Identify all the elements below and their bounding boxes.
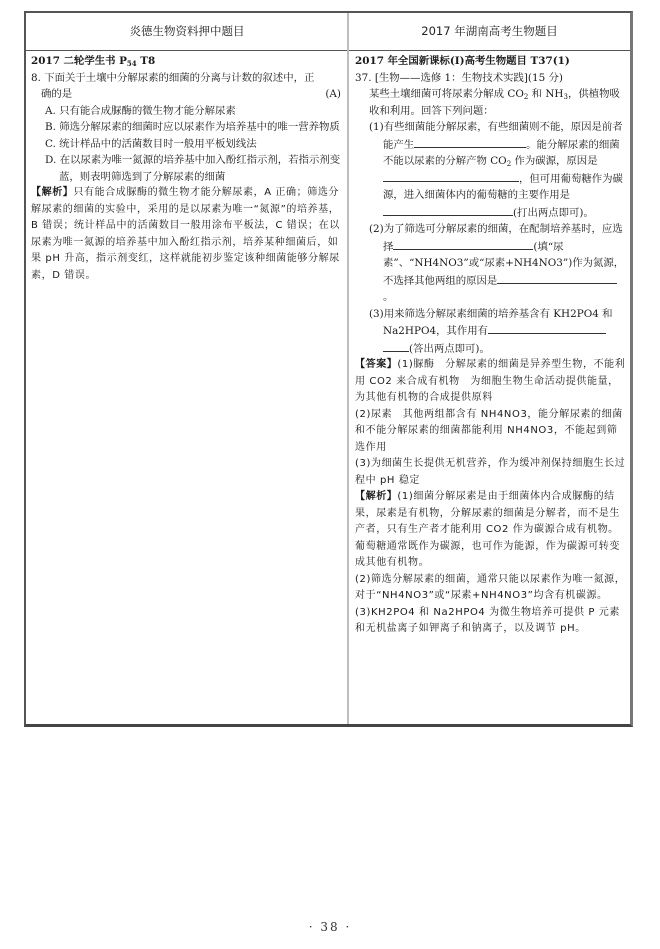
- left-source-tail: T8: [137, 55, 156, 67]
- answer-blank: [488, 322, 606, 334]
- table-header-row: 炎德生物资料押中题目 2017 年湖南高考生物题目: [26, 13, 630, 51]
- answer-tag: 【答案】: [355, 359, 397, 370]
- question-stem-line1: 8. 下面关于土壤中分解尿素的细菌的分离与计数的叙述中，正: [31, 70, 341, 87]
- answer-part-3: (3)为细菌生长提供无机营养，作为缓冲剂保持细胞生长过程中 pH 稳定: [355, 456, 627, 489]
- sub2-text-c: 。: [383, 291, 393, 303]
- option-c: C. 统计样品中的活菌数目时一般用平板划线法: [31, 136, 341, 153]
- question-stem-line2: 确的是 (A): [31, 86, 341, 103]
- sub1-text-e: (打出两点即可)。: [513, 207, 594, 219]
- analysis-text: 只有能合成脲酶的微生物才能分解尿素，A 正确；筛选分解尿素的细菌的实验中，采用的…: [31, 187, 340, 281]
- comparison-table: 炎德生物资料押中题目 2017 年湖南高考生物题目 2017 二轮学生书 P54…: [24, 11, 633, 727]
- option-a: A. 只有能合成脲酶的微生物才能分解尿素: [31, 103, 341, 120]
- analysis-part-2: (2)筛选分解尿素的细菌，通常只能以尿素作为唯一氮源，对于“NH4NO3”或“尿…: [355, 572, 627, 605]
- right-analysis: 【解析】(1)细菌分解尿素是由于细菌体内合成脲酶的结果，尿素是有机物，分解尿素的…: [355, 489, 627, 572]
- left-source-sub: 54: [127, 59, 137, 68]
- header-right-title: 2017 年湖南高考生物题目: [349, 13, 630, 50]
- left-source-main: 2017 二轮学生书 P: [31, 55, 127, 67]
- answer-blank: [393, 238, 533, 250]
- header-left-title: 炎德生物资料押中题目: [26, 13, 348, 50]
- answer-section: 【答案】(1)脲酶 分解尿素的细菌是异养型生物，不能利用 CO2 来合成有机物 …: [355, 357, 627, 407]
- answer-blank: [383, 170, 519, 182]
- intro-part-b: 和 NH: [528, 88, 563, 100]
- answer-blank: [383, 204, 513, 216]
- column-divider: [347, 13, 349, 724]
- analysis-part-1: (1)细菌分解尿素是由于细菌体内合成脲酶的结果，尿素是有机物，分解尿素的细菌是分…: [355, 491, 620, 568]
- answer-part-2: (2)尿素 其他两组都含有 NH4NO3，能分解尿素的细菌和不能分解尿素的细菌都…: [355, 407, 627, 457]
- subquestion-3: (3)用来筛选分解尿素细菌的培养基含有 KH2PO4 和 Na2HPO4，其作用…: [355, 306, 627, 358]
- answer-blank: [414, 136, 526, 148]
- analysis-tag: 【解析】: [355, 491, 397, 502]
- subquestion-2: (2)为了筛选可分解尿素的细菌，在配制培养基时，应选择(填“尿素”、“NH4NO…: [355, 221, 627, 306]
- subquestion-1: (1)有些细菌能分解尿素，有些细菌则不能，原因是前者能产生。能分解尿素的细菌不能…: [355, 119, 627, 221]
- option-d: D. 在以尿素为唯一氮源的培养基中加入酚红指示剂，若指示剂变蓝，则表明筛选到了分…: [31, 152, 341, 185]
- right-source: 2017 年全国新课标(Ⅰ)高考生物题目 T37(1): [355, 53, 627, 70]
- question-stem-text: 确的是: [41, 86, 72, 103]
- analysis-part-3: (3)KH2PO4 和 Na2HPO4 为微生物培养可提供 P 元素和无机盐离子…: [355, 605, 627, 638]
- left-source: 2017 二轮学生书 P54 T8: [31, 53, 341, 70]
- intro-part-a: 某些土壤细菌可将尿素分解成 CO: [369, 88, 524, 100]
- analysis-tag: 【解析】: [31, 187, 73, 198]
- page-number: · 38 ·: [0, 920, 660, 934]
- right-column: 2017 年全国新课标(Ⅰ)高考生物题目 T37(1) 37. [生物——选修 …: [355, 51, 627, 638]
- question-37-intro: 某些土壤细菌可将尿素分解成 CO2 和 NH3，供植物吸收和利用。回答下列问题：: [355, 86, 627, 119]
- left-analysis: 【解析】只有能合成脲酶的微生物才能分解尿素，A 正确；筛选分解尿素的细菌的实验中…: [31, 185, 341, 284]
- answer-mark: (A): [325, 86, 341, 103]
- question-37-head: 37. [生物——选修 1：生物技术实践](15 分): [355, 70, 627, 87]
- sub3-text-b: (答出两点即可)。: [409, 343, 490, 355]
- option-b: B. 筛选分解尿素的细菌时应以尿素作为培养基中的唯一营养物质: [31, 119, 341, 136]
- left-column: 2017 二轮学生书 P54 T8 8. 下面关于土壤中分解尿素的细菌的分离与计…: [31, 51, 341, 284]
- answer-blank: [383, 340, 409, 352]
- sub1-text-c: 作为碳源，原因是: [511, 155, 597, 167]
- answer-blank: [497, 272, 617, 284]
